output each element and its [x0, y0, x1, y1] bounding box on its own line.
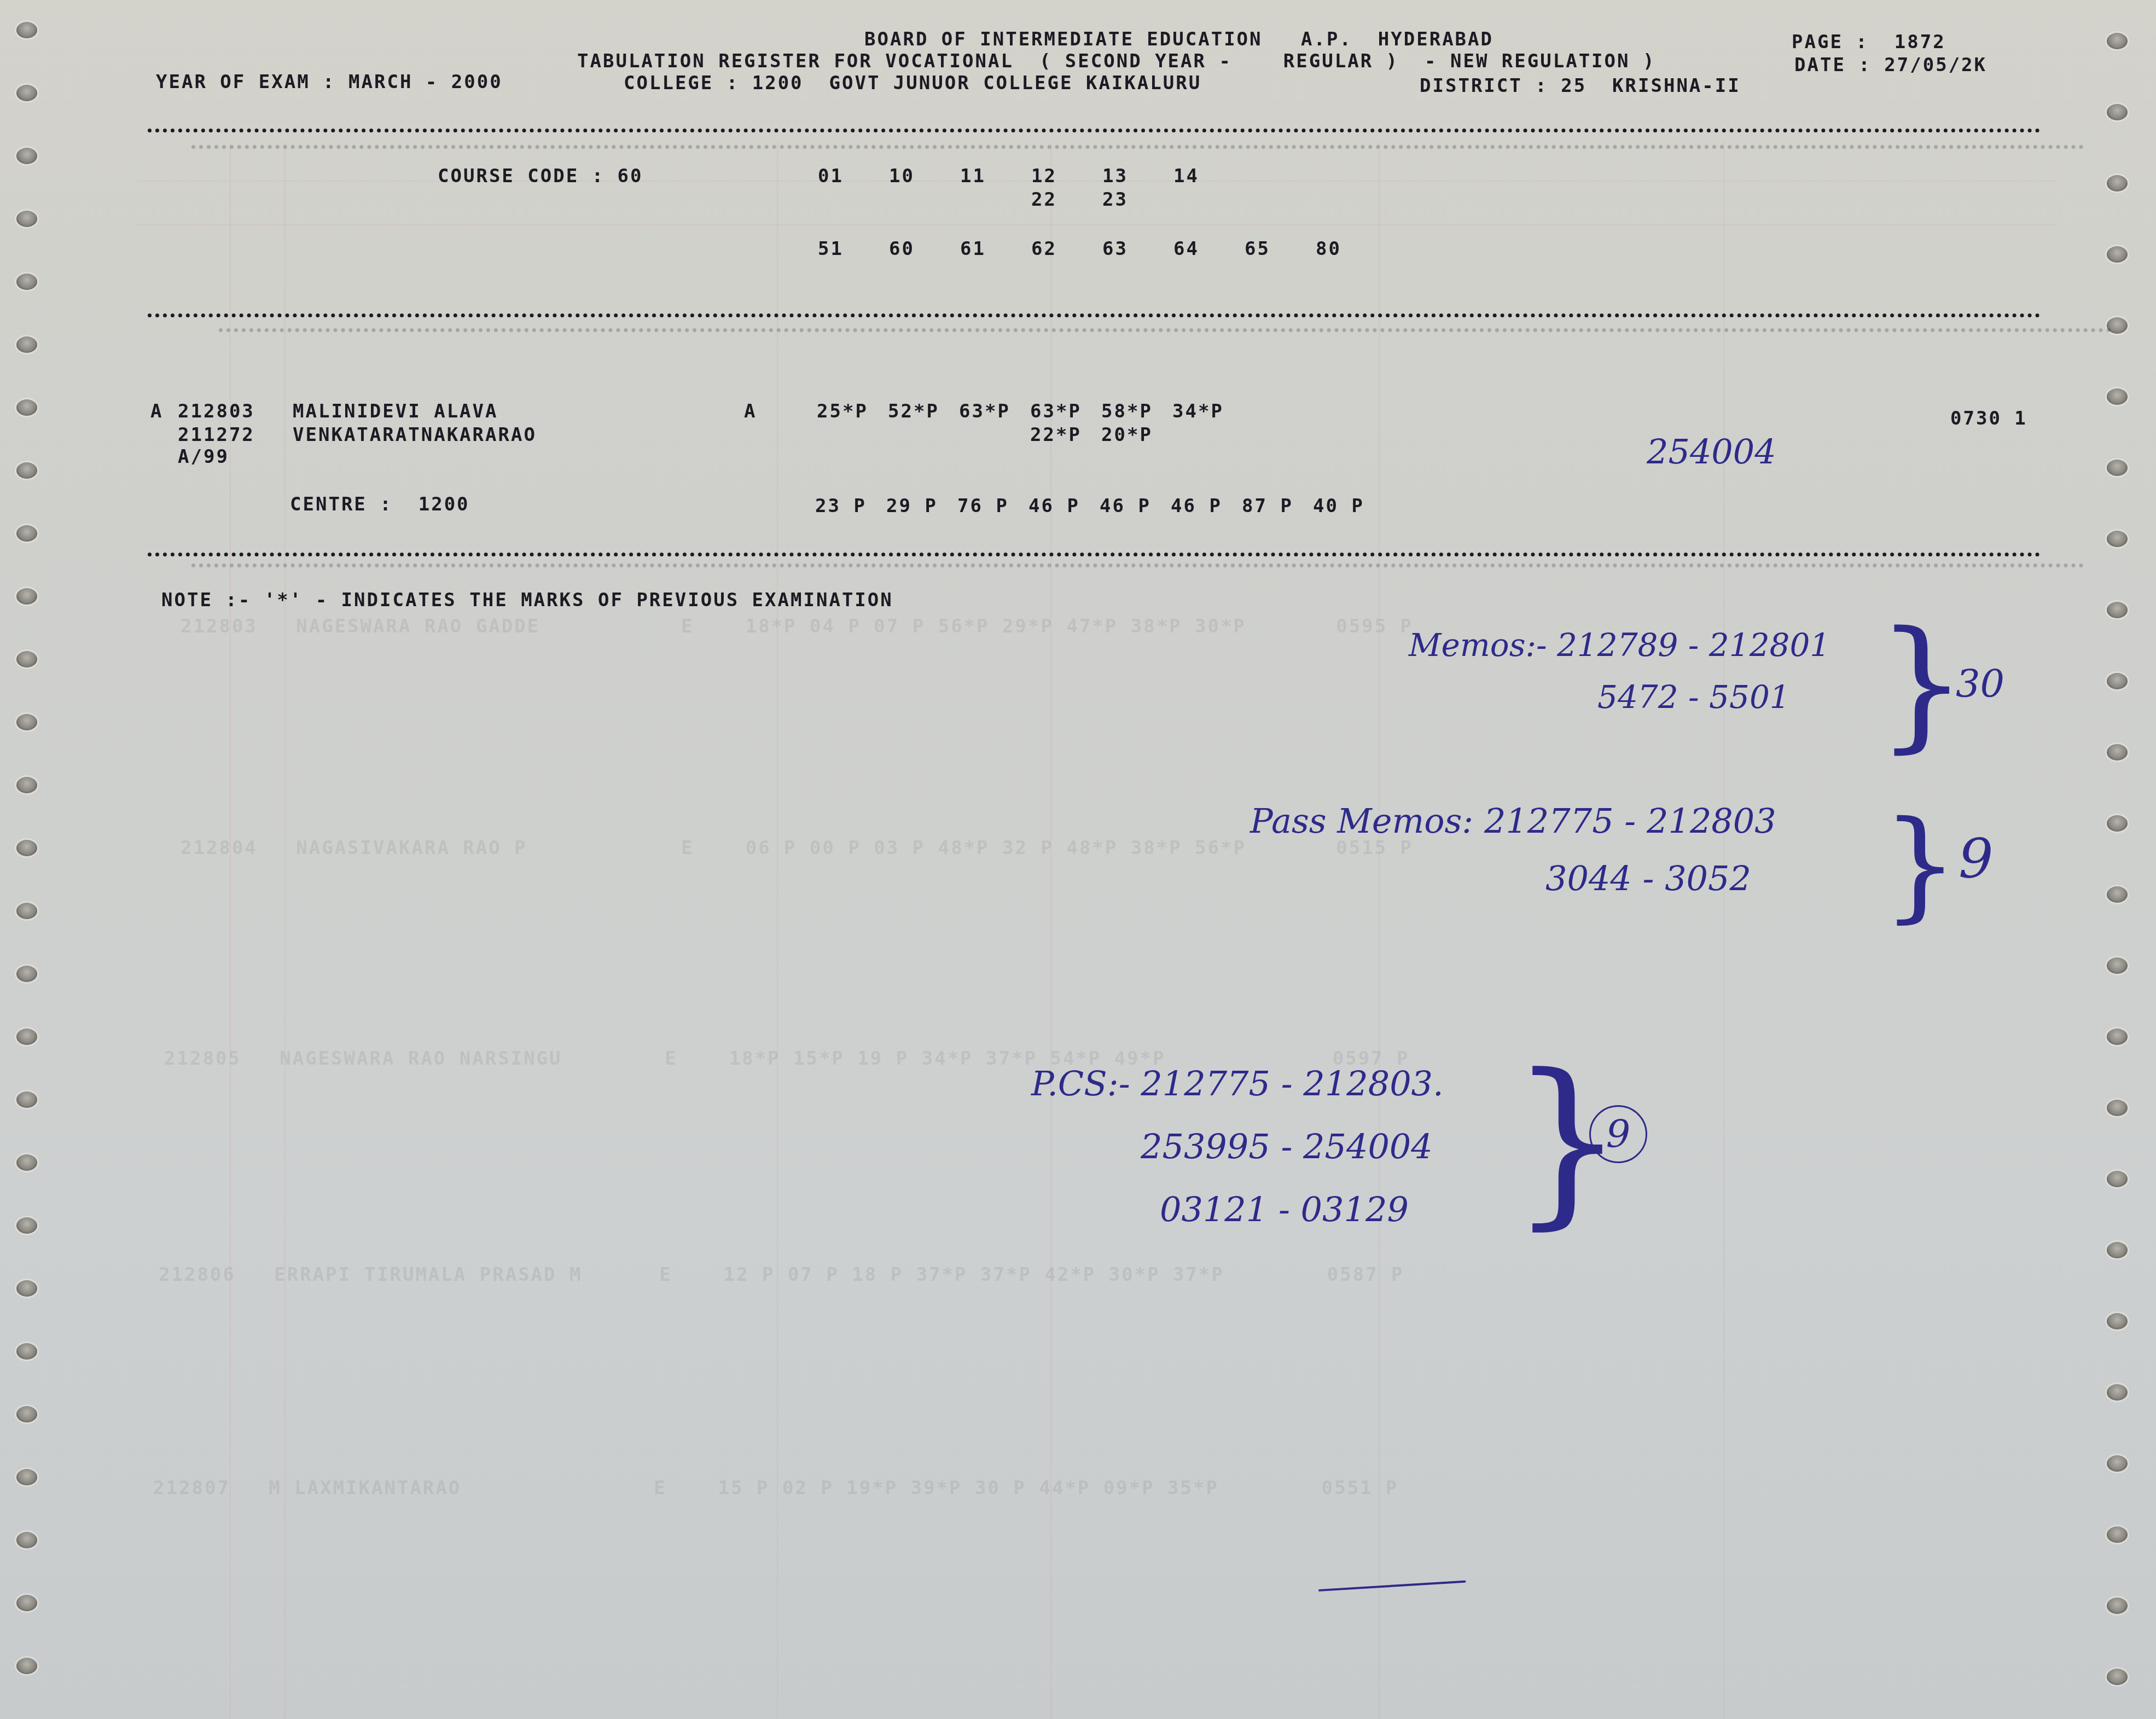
mark: 34*P [1172, 402, 1224, 421]
subject-code: 23 [1102, 190, 1128, 209]
page-number: PAGE : 1872 [1792, 33, 1946, 51]
subject-code: 22 [1031, 190, 1057, 209]
separator [148, 129, 2041, 132]
show-through-text: 212804 NAGASIVAKARA RAO P E 06 P 00 P 03… [181, 837, 1413, 859]
form-ruling [137, 181, 2058, 182]
left-tractor-holes [16, 0, 49, 1719]
separator-ghost [191, 145, 2084, 149]
board-title: BOARD OF INTERMEDIATE EDUCATION A.P. HYD… [864, 30, 1493, 49]
district-line: DISTRICT : 25 KRISHNA-II [1420, 77, 1741, 95]
subject-code: 10 [889, 167, 915, 185]
mark: 25*P [817, 402, 868, 421]
handwritten-serial: 254004 [1647, 435, 1776, 469]
mark: 46 P [1028, 497, 1080, 515]
pcs-line: P.CS:- 212775 - 212803. [1031, 1067, 1444, 1101]
subject-code: 63 [1102, 240, 1128, 258]
mark: 40 P [1313, 497, 1364, 515]
brace-icon: } [1882, 804, 1959, 925]
mark: 52*P [888, 402, 939, 421]
mark: 29 P [886, 497, 938, 515]
category: A [150, 402, 163, 421]
memos-count: 30 [1956, 665, 2004, 703]
subject-code: 51 [818, 240, 844, 258]
right-tractor-holes [2107, 0, 2140, 1719]
pass-memos-count: 9 [1959, 832, 1994, 886]
hall-ticket-number: 212803 [178, 402, 255, 421]
mark: 20*P [1101, 426, 1153, 444]
show-through-text: 212806 ERRAPI TIRUMALA PRASAD M E 12 P 0… [159, 1264, 1404, 1286]
form-ruling [1723, 142, 1724, 1719]
mark: 46 P [1171, 497, 1222, 515]
year-of-exam: YEAR OF EXAM : MARCH - 2000 [156, 73, 503, 91]
medium: A [744, 402, 757, 421]
separator [148, 313, 2041, 317]
separator-ghost [191, 564, 2084, 567]
show-through-text: 212803 NAGESWARA RAO GADDE E 18*P 04 P 0… [181, 615, 1413, 637]
mark: 22*P [1030, 426, 1082, 444]
subject-code: 13 [1102, 167, 1128, 185]
subject-code: 12 [1031, 167, 1057, 185]
separator-ghost [219, 328, 2112, 332]
circled-count: 9 [1589, 1105, 1647, 1163]
subject-code: 62 [1031, 240, 1057, 258]
memos-line: Memos:- 212789 - 212801 [1409, 629, 1830, 661]
brace-icon: } [1876, 613, 1967, 755]
register-title: TABULATION REGISTER FOR VOCATIONAL ( SEC… [577, 52, 1655, 71]
mark: 63*P [959, 402, 1010, 421]
pass-memos-line: 3044 - 3052 [1545, 862, 1751, 896]
previous-ticket-number: 211272 [178, 426, 255, 444]
pcs-line: 03121 - 03129 [1160, 1193, 1409, 1227]
tabulation-register-page: BOARD OF INTERMEDIATE EDUCATION A.P. HYD… [0, 0, 2156, 1719]
course-code: COURSE CODE : 60 [438, 167, 643, 185]
subject-code: 64 [1173, 240, 1199, 258]
subject-code: 61 [960, 240, 986, 258]
pcs-line: 253995 - 254004 [1141, 1130, 1433, 1164]
mark: 87 P [1242, 497, 1293, 515]
previous-reference: A/99 [178, 448, 229, 466]
subject-code: 11 [960, 167, 986, 185]
print-date: DATE : 27/05/2K [1794, 56, 1987, 74]
pen-stroke [1318, 1581, 1466, 1592]
show-through-text: 212807 M LAXMIKANTARAO E 15 P 02 P 19*P … [153, 1477, 1399, 1499]
pass-memos-line: Pass Memos: 212775 - 212803 [1250, 804, 1776, 838]
subject-code: 01 [818, 167, 844, 185]
subject-code: 60 [889, 240, 915, 258]
subject-code: 65 [1245, 240, 1270, 258]
note: NOTE :- '*' - INDICATES THE MARKS OF PRE… [161, 591, 893, 609]
mark: 63*P [1030, 402, 1082, 421]
total-result: 0730 1 [1950, 409, 2027, 428]
mark: 46 P [1100, 497, 1151, 515]
memos-line: 5472 - 5501 [1597, 681, 1790, 713]
mark: 76 P [957, 497, 1009, 515]
centre: CENTRE : 1200 [290, 495, 470, 514]
mark: 58*P [1101, 402, 1153, 421]
parent-name: VENKATARATNAKARARAO [293, 426, 537, 444]
student-name: MALINIDEVI ALAVA [293, 402, 498, 421]
form-ruling [137, 224, 2058, 225]
mark: 23 P [815, 497, 867, 515]
subject-code: 80 [1316, 240, 1341, 258]
separator [148, 553, 2041, 556]
college-line: COLLEGE : 1200 GOVT JUNUOR COLLEGE KAIKA… [624, 74, 1201, 92]
subject-code: 14 [1173, 167, 1199, 185]
